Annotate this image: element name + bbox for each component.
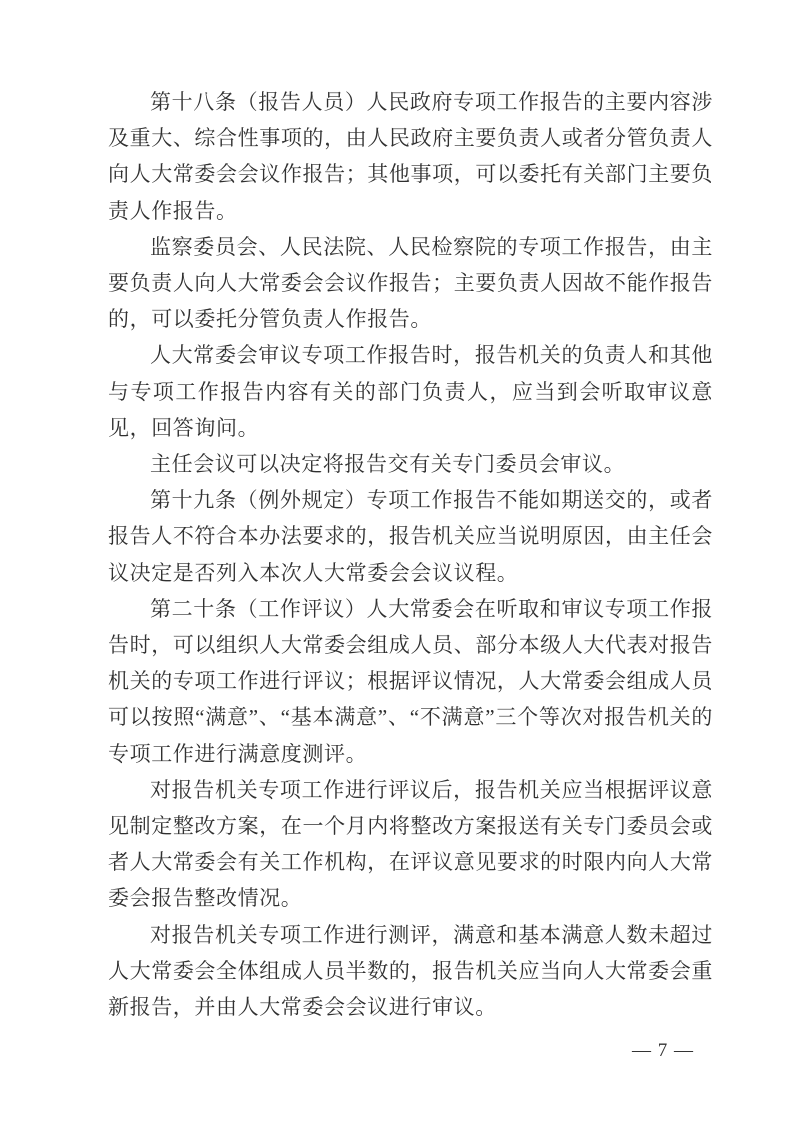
- paragraph: 对报告机关专项工作进行测评，满意和基本满意人数未超过人大常委会全体组成人员半数的…: [108, 917, 713, 1026]
- paragraph: 监察委员会、人民法院、人民检察院的专项工作报告，由主要负责人向人大常委会会议作报…: [108, 229, 713, 338]
- paragraph: 人大常委会审议专项工作报告时，报告机关的负责人和其他与专项工作报告内容有关的部门…: [108, 337, 713, 446]
- paragraph: 对报告机关专项工作进行评议后，报告机关应当根据评议意见制定整改方案，在一个月内将…: [108, 772, 713, 917]
- document-page: 第十八条（报告人员）人民政府专项工作报告的主要内容涉及重大、综合性事项的，由人民…: [0, 0, 793, 1122]
- paragraph: 第二十条（工作评议）人大常委会在听取和审议专项工作报告时，可以组织人大常委会组成…: [108, 591, 713, 772]
- paragraph: 第十八条（报告人员）人民政府专项工作报告的主要内容涉及重大、综合性事项的，由人民…: [108, 84, 713, 229]
- paragraph: 第十九条（例外规定）专项工作报告不能如期送交的，或者报告人不符合本办法要求的，报…: [108, 482, 713, 591]
- document-body: 第十八条（报告人员）人民政府专项工作报告的主要内容涉及重大、综合性事项的，由人民…: [108, 84, 713, 1025]
- page-number: — 7 —: [608, 1040, 718, 1062]
- paragraph: 主任会议可以决定将报告交有关专门委员会审议。: [108, 446, 713, 482]
